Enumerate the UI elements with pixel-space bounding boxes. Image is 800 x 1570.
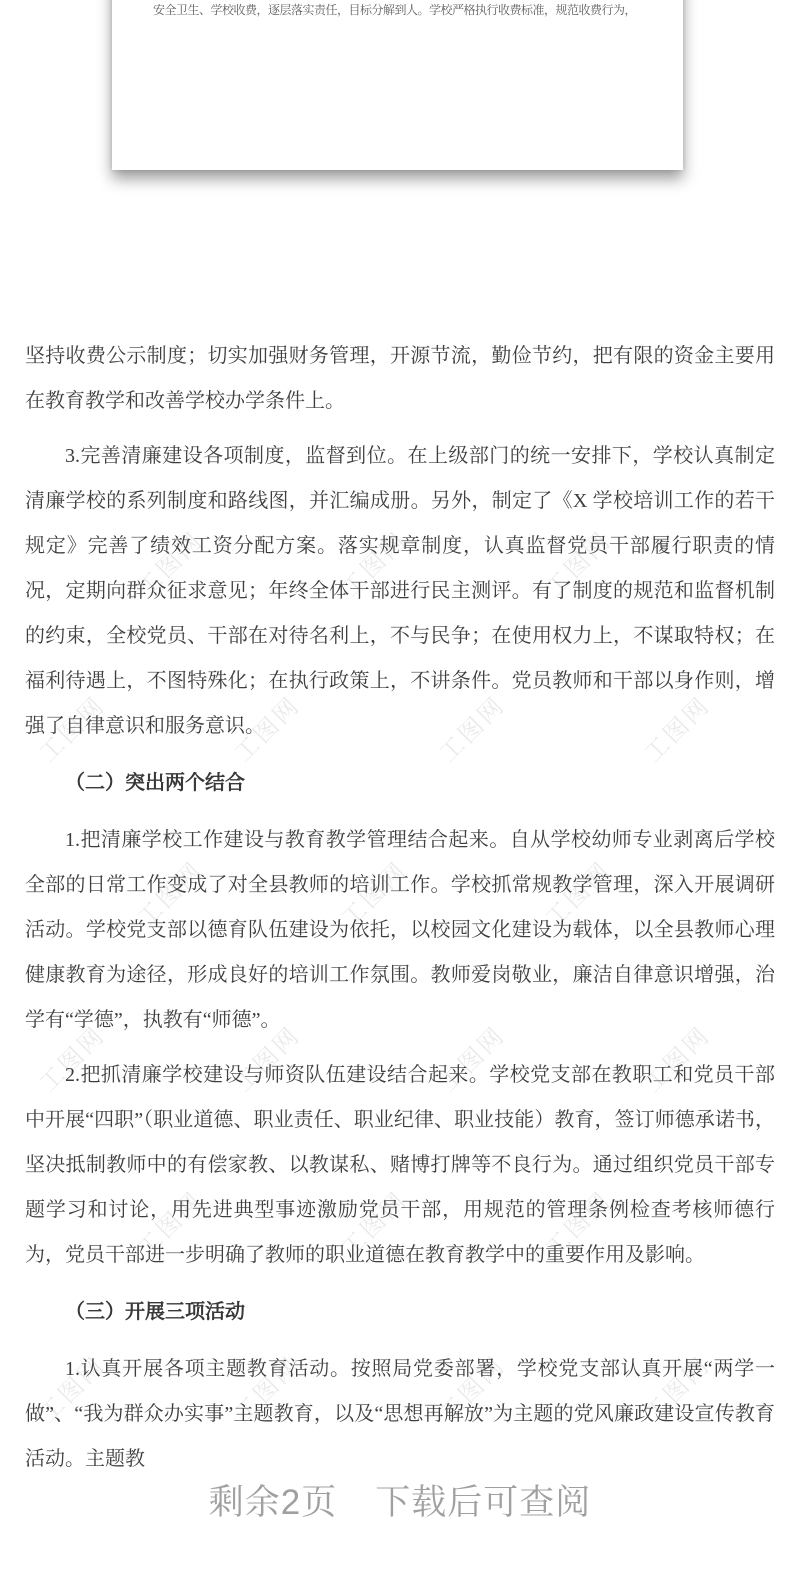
- body-paragraph: 1.把清廉学校工作建设与教育教学管理结合起来。自从学校幼师专业剥离后学校全部的日…: [25, 818, 775, 1043]
- document-body: 坚持收费公示制度；切实加强财务管理，开源节流，勤俭节约，把有限的资金主要用在教育…: [0, 334, 800, 1492]
- section-heading: （二）突出两个结合: [25, 761, 775, 806]
- remaining-pages-download-hint[interactable]: 剩余2页下载后可查阅: [0, 1482, 800, 1524]
- body-paragraph: 坚持收费公示制度；切实加强财务管理，开源节流，勤俭节约，把有限的资金主要用在教育…: [25, 334, 775, 424]
- download-hint-text: 下载后可查阅: [375, 1483, 591, 1522]
- body-paragraph: 3.完善清廉建设各项制度，监督到位。在上级部门的统一安排下，学校认真制定清廉学校…: [25, 434, 775, 749]
- body-paragraph: 2.把抓清廉学校建设与师资队伍建设结合起来。学校党支部在教职工和党员干部中开展“…: [25, 1053, 775, 1278]
- body-paragraph: 1.认真开展各项主题教育活动。按照局党委部署，学校党支部认真开展“两学一做”、“…: [25, 1347, 775, 1482]
- previous-page-bottom: 安全卫生、学校收费，逐层落实责任，目标分解到人。学校严格执行收费标准，规范收费行…: [112, 0, 683, 170]
- section-heading: （三）开展三项活动: [25, 1290, 775, 1335]
- previous-page-text-line: 安全卫生、学校收费，逐层落实责任，目标分解到人。学校严格执行收费标准，规范收费行…: [153, 0, 643, 20]
- remaining-pages-text: 剩余2页: [209, 1483, 337, 1522]
